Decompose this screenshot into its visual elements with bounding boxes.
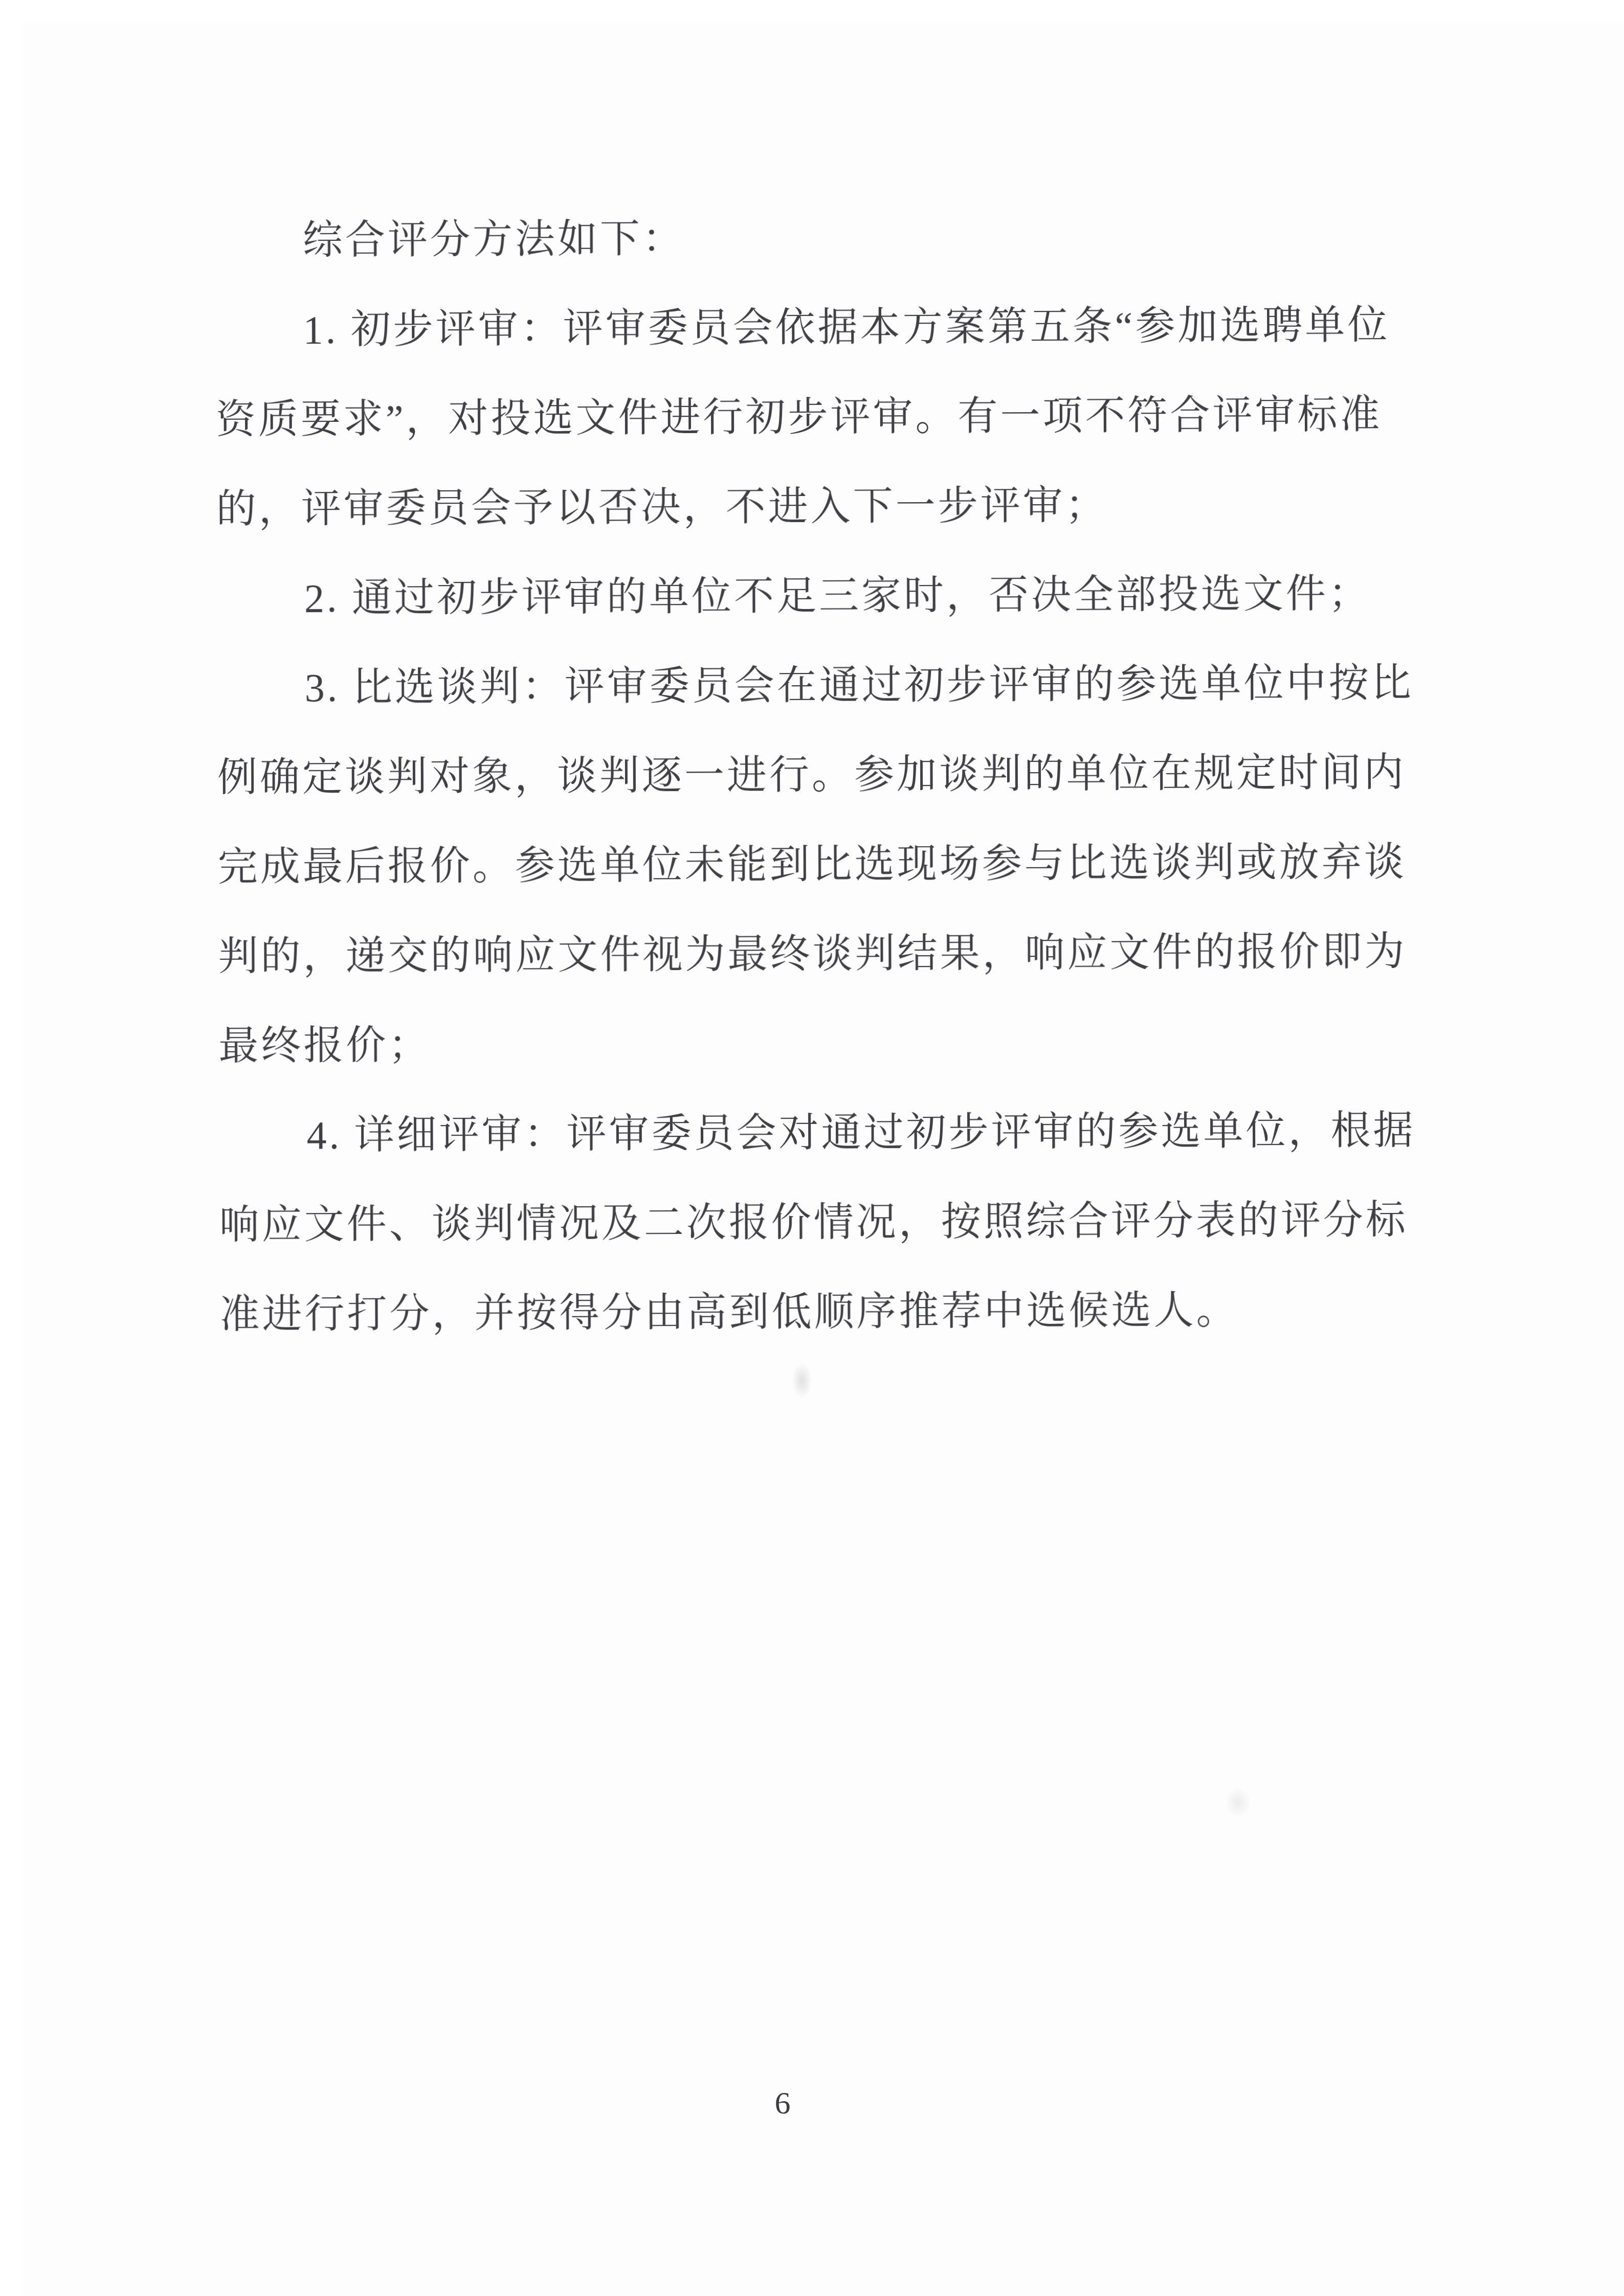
document-line: 综合评分方法如下： bbox=[215, 191, 1422, 285]
document-body: 综合评分方法如下： 1. 初步评审：评审委员会依据本方案第五条“参加选聘单位 资… bbox=[215, 191, 1427, 1359]
document-line: 的，评审委员会予以否决，不进入下一步评审； bbox=[216, 459, 1423, 554]
document-line: 4. 详细评审：评审委员会对通过初步评审的参选单位，根据 bbox=[219, 1086, 1427, 1180]
document-line: 响应文件、谈判情况及二次报价情况，按照综合评分表的评分标 bbox=[219, 1175, 1427, 1270]
document-line: 例确定谈判对象，谈判逐一进行。参加谈判的单位在规定时间内 bbox=[217, 728, 1425, 822]
scanned-document-page: { "page": { "number": "6" }, "colors": {… bbox=[0, 0, 1624, 2296]
document-line: 2. 通过初步评审的单位不足三家时，否决全部投选文件； bbox=[216, 549, 1424, 643]
document-line: 1. 初步评审：评审委员会依据本方案第五条“参加选聘单位 bbox=[215, 280, 1423, 375]
document-line: 最终报价； bbox=[218, 996, 1426, 1091]
document-line: 3. 比选谈判：评审委员会在通过初步评审的参选单位中按比 bbox=[217, 638, 1425, 733]
document-line: 资质要求”，对投选文件进行初步评审。有一项不符合评审标准 bbox=[216, 370, 1423, 464]
document-line: 判的，递交的响应文件视为最终谈判结果，响应文件的报价即为 bbox=[218, 907, 1426, 1001]
page-number: 6 bbox=[0, 2085, 1565, 2122]
document-line: 完成最后报价。参选单位未能到比选现场参与比选谈判或放弃谈 bbox=[217, 817, 1425, 912]
document-line: 准进行打分，并按得分由高到低顺序推荐中选候选人。 bbox=[219, 1265, 1427, 1359]
